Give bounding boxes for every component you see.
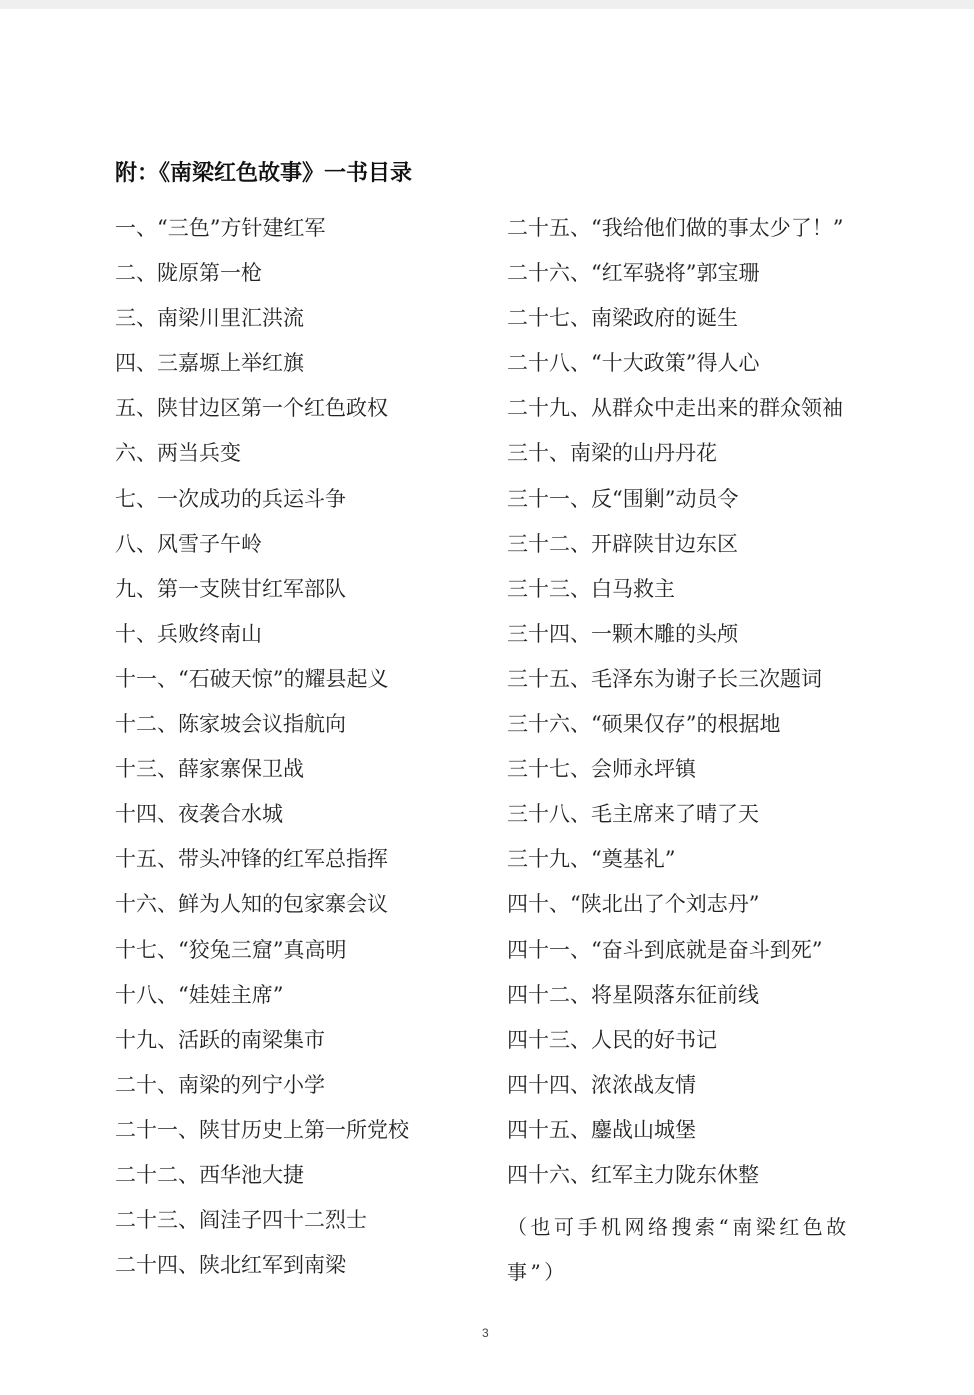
toc-item: 三十九、“奠基礼”	[507, 843, 887, 888]
toc-item: 十三、薛家寨保卫战	[115, 753, 495, 798]
toc-item: 三十五、毛泽东为谢子长三次题词	[507, 663, 887, 708]
toc-item: 五、陕甘边区第一个红色政权	[115, 392, 495, 437]
toc-item: 九、第一支陕甘红军部队	[115, 573, 495, 618]
page-number: 3	[482, 1325, 489, 1341]
toc-item: 二十七、南梁政府的诞生	[507, 302, 887, 347]
toc-item: 十、兵败终南山	[115, 618, 495, 663]
toc-item: 四十四、浓浓战友情	[507, 1069, 887, 1114]
toc-item: 八、风雪子午岭	[115, 528, 495, 573]
document-title: 附：《南梁红色故事》一书目录	[115, 159, 412, 189]
toc-item: 三十四、一颗木雕的头颅	[507, 618, 887, 663]
toc-item: 二十九、从群众中走出来的群众领袖	[507, 392, 887, 437]
toc-item: 三十八、毛主席来了晴了天	[507, 798, 887, 843]
toc-item: 四、三嘉塬上举红旗	[115, 347, 495, 392]
toc-item: 六、两当兵变	[115, 437, 495, 482]
toc-item: 十七、“狡兔三窟”真高明	[115, 934, 495, 979]
toc-item: 三、南梁川里汇洪流	[115, 302, 495, 347]
toc-item: 十二、陈家坡会议指航向	[115, 708, 495, 753]
toc-item: 二十八、“十大政策”得人心	[507, 347, 887, 392]
toc-item: 三十二、开辟陕甘边东区	[507, 528, 887, 573]
toc-item: 二十四、陕北红军到南梁	[115, 1249, 495, 1294]
toc-right-column: 二十五、“我给他们做的事太少了！” 二十六、“红军骁将”郭宝珊 二十七、南梁政府…	[507, 212, 887, 1204]
toc-item: 二十、南梁的列宁小学	[115, 1069, 495, 1114]
toc-item: 四十、“陕北出了个刘志丹”	[507, 888, 887, 933]
toc-item: 二十六、“红军骁将”郭宝珊	[507, 257, 887, 302]
toc-item: 三十三、白马救主	[507, 573, 887, 618]
toc-item: 七、一次成功的兵运斗争	[115, 483, 495, 528]
toc-item: 四十三、人民的好书记	[507, 1024, 887, 1069]
toc-item: 三十、南梁的山丹丹花	[507, 437, 887, 482]
toc-item: 四十一、“奋斗到底就是奋斗到死”	[507, 934, 887, 979]
viewer-top-band	[0, 0, 974, 9]
toc-item: 二十二、西华池大捷	[115, 1159, 495, 1204]
document-page: 附：《南梁红色故事》一书目录 一、“三色”方针建红军 二、陇原第一枪 三、南梁川…	[0, 9, 974, 1395]
toc-item: 一、“三色”方针建红军	[115, 212, 495, 257]
toc-item: 二、陇原第一枪	[115, 257, 495, 302]
toc-item: 三十七、会师永坪镇	[507, 753, 887, 798]
toc-item: 三十一、反“围剿”动员令	[507, 483, 887, 528]
toc-item: 十四、夜袭合水城	[115, 798, 495, 843]
toc-item: 十五、带头冲锋的红军总指挥	[115, 843, 495, 888]
toc-item: 三十六、“硕果仅存”的根据地	[507, 708, 887, 753]
search-note: （也可手机网络搜索“南梁红色故事”）	[507, 1205, 872, 1295]
toc-item: 四十五、鏖战山城堡	[507, 1114, 887, 1159]
toc-item: 十六、鲜为人知的包家寨会议	[115, 888, 495, 933]
toc-item: 十九、活跃的南梁集市	[115, 1024, 495, 1069]
toc-item: 四十六、红军主力陇东休整	[507, 1159, 887, 1204]
toc-item: 二十三、阎洼子四十二烈士	[115, 1204, 495, 1249]
toc-left-column: 一、“三色”方针建红军 二、陇原第一枪 三、南梁川里汇洪流 四、三嘉塬上举红旗 …	[115, 212, 495, 1294]
toc-item: 四十二、将星陨落东征前线	[507, 979, 887, 1024]
toc-item: 十八、“娃娃主席”	[115, 979, 495, 1024]
toc-item: 二十一、陕甘历史上第一所党校	[115, 1114, 495, 1159]
toc-item: 十一、“石破天惊”的耀县起义	[115, 663, 495, 708]
toc-item: 二十五、“我给他们做的事太少了！”	[507, 212, 887, 257]
